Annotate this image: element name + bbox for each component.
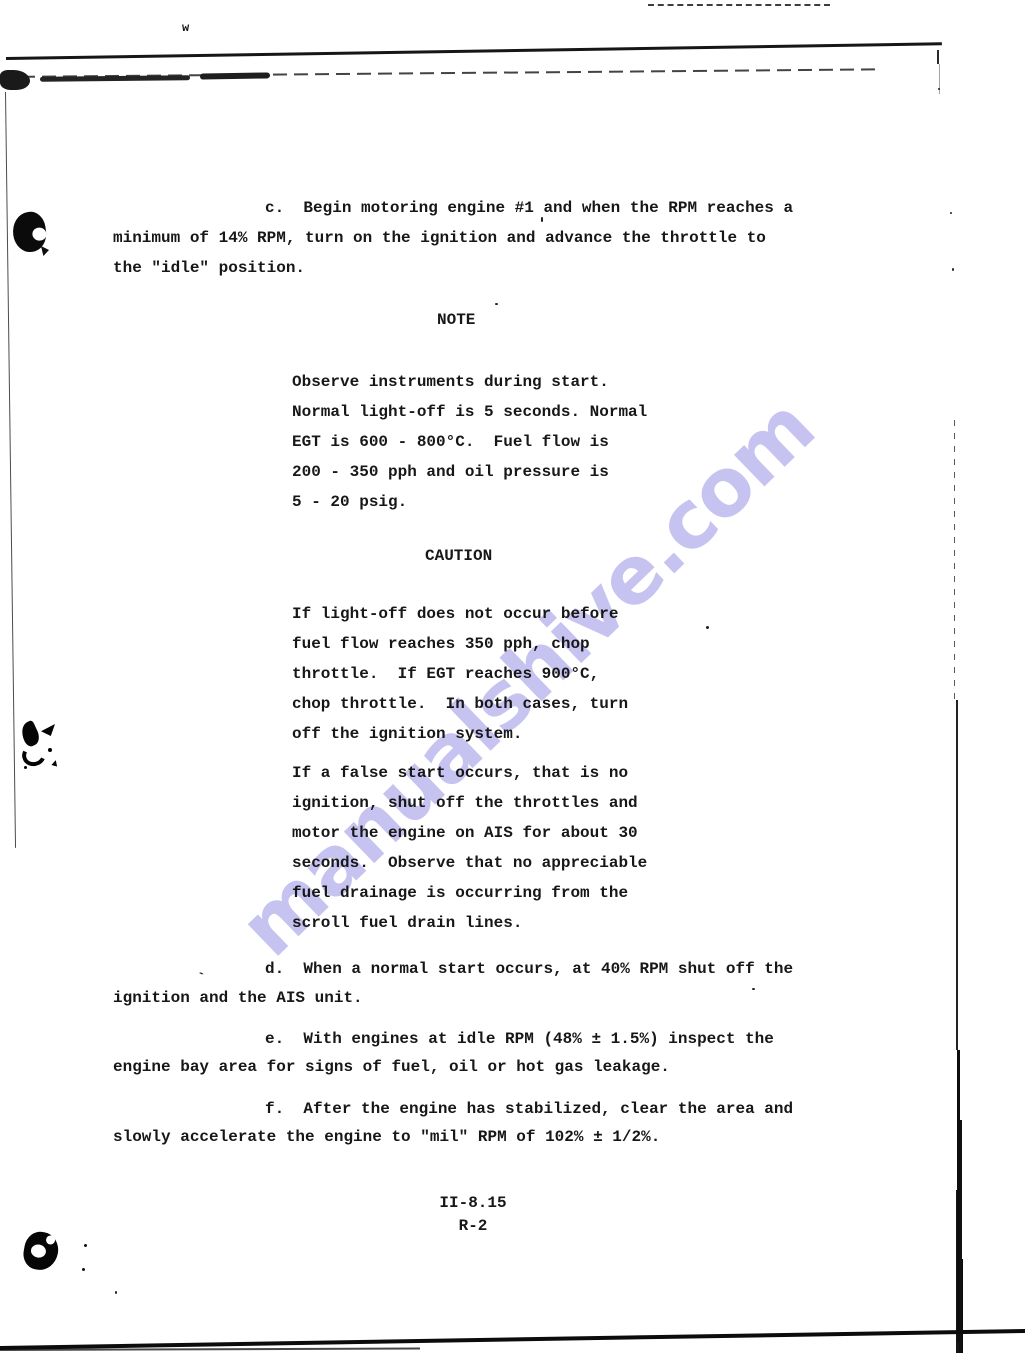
- stray-mark: w: [182, 22, 189, 34]
- paragraph-c: c. Begin motoring engine #1 and when the…: [113, 193, 793, 283]
- text-line: 5 - 20 psig.: [292, 487, 647, 517]
- scan-left-edge-line: [5, 92, 16, 848]
- text-line: ignition and the AIS unit.: [113, 984, 793, 1013]
- ink-splatter: [24, 766, 27, 769]
- text-line: Normal light-off is 5 seconds. Normal: [292, 397, 647, 427]
- ink-blob: [41, 246, 49, 256]
- speckle: [115, 1291, 117, 1294]
- revision-number: R-2: [393, 1215, 553, 1238]
- scan-noise-blob: [40, 75, 190, 82]
- ink-splatter: [48, 748, 52, 752]
- text-line: the "idle" position.: [113, 253, 793, 283]
- text-line: fuel drainage is occurring from the: [292, 878, 647, 908]
- text-line: seconds. Observe that no appreciable: [292, 848, 647, 878]
- text-line: e. With engines at idle RPM (48% ± 1.5%)…: [113, 1025, 774, 1053]
- speckle: [950, 212, 952, 214]
- text-line: chop throttle. In both cases, turn: [292, 689, 628, 719]
- ink-blob: [21, 1229, 61, 1272]
- speckle: [952, 268, 954, 271]
- scan-noise-blob: [200, 72, 270, 79]
- ink-blob: [82, 1268, 85, 1271]
- text-line: f. After the engine has stabilized, clea…: [113, 1095, 793, 1123]
- text-line: ignition, shut off the throttles and: [292, 788, 647, 818]
- text-line: c. Begin motoring engine #1 and when the…: [113, 193, 793, 223]
- paragraph-e: e. With engines at idle RPM (48% ± 1.5%)…: [113, 1025, 774, 1081]
- text-line: slowly accelerate the engine to "mil" RP…: [113, 1123, 793, 1151]
- speckle: [706, 626, 709, 629]
- paragraph-f: f. After the engine has stabilized, clea…: [113, 1095, 793, 1151]
- text-line: 200 - 350 pph and oil pressure is: [292, 457, 647, 487]
- caution-body: If light-off does not occur before fuel …: [292, 599, 628, 749]
- text-line: throttle. If EGT reaches 900°C,: [292, 659, 628, 689]
- scan-bottom-edge-line: [0, 1348, 420, 1351]
- scan-top-line-tick: [937, 50, 939, 64]
- ink-blob: [84, 1244, 87, 1247]
- speckle: [938, 88, 940, 90]
- scan-bottom-edge-line: [0, 1329, 1025, 1350]
- text-line: scroll fuel drain lines.: [292, 908, 647, 938]
- ink-splatter: [51, 759, 58, 766]
- text-line: motor the engine on AIS for about 30: [292, 818, 647, 848]
- text-line: off the ignition system.: [292, 719, 628, 749]
- doc-number: II-8.15: [393, 1192, 553, 1215]
- speckle: [495, 303, 498, 305]
- text-line: minimum of 14% RPM, turn on the ignition…: [113, 223, 793, 253]
- ink-splatter: [41, 724, 55, 736]
- paragraph-d: d. When a normal start occurs, at 40% RP…: [113, 955, 793, 1013]
- text-line: engine bay area for signs of fuel, oil o…: [113, 1053, 774, 1081]
- scan-top-line: [6, 42, 942, 60]
- text-line: EGT is 600 - 800°C. Fuel flow is: [292, 427, 647, 457]
- page-footer: II-8.15 R-2: [393, 1192, 553, 1238]
- scanned-page: manualshive.com w ` c. Begin motoring en…: [0, 0, 1025, 1353]
- scan-right-edge-line: [956, 700, 958, 1050]
- ink-splatter: [19, 741, 49, 770]
- note-body: Observe instruments during start. Normal…: [292, 367, 647, 517]
- scan-right-edge-line: [957, 1050, 960, 1342]
- note-heading: NOTE: [437, 310, 475, 330]
- scan-noise-blob: [0, 70, 30, 90]
- text-line: d. When a normal start occurs, at 40% RP…: [113, 955, 793, 984]
- caution-heading: CAUTION: [425, 546, 492, 566]
- text-line: If light-off does not occur before: [292, 599, 628, 629]
- text-line: fuel flow reaches 350 pph, chop: [292, 629, 628, 659]
- scan-right-edge-line: [954, 420, 955, 700]
- text-line: Observe instruments during start.: [292, 367, 647, 397]
- false-start-paragraph: If a false start occurs, that is no igni…: [292, 758, 647, 938]
- scan-dash-line: [648, 4, 830, 6]
- text-line: If a false start occurs, that is no: [292, 758, 647, 788]
